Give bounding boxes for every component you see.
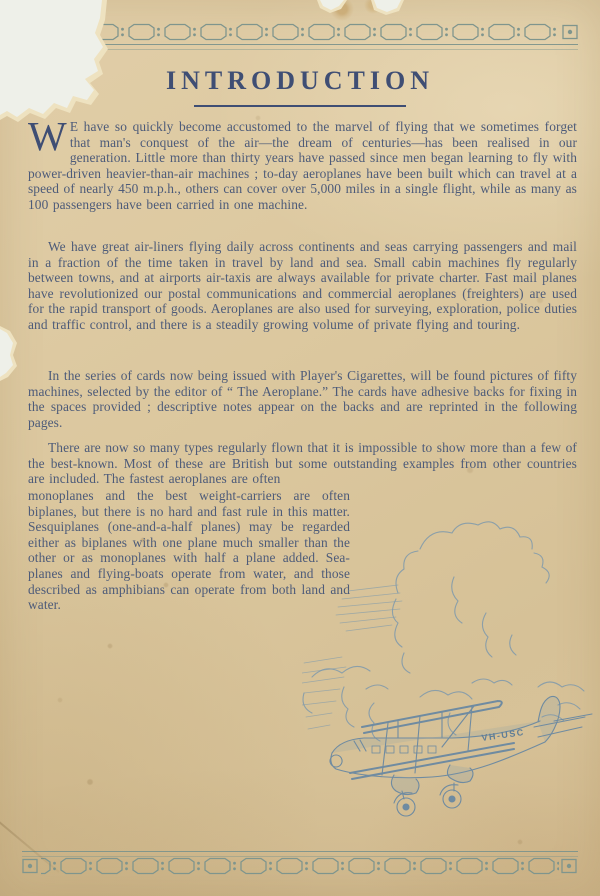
paragraph-1: WE have so quickly become accustomed to … (28, 119, 577, 213)
paragraph-1-text: E have so quickly become accustomed to t… (28, 119, 577, 212)
drop-cap: W (28, 119, 70, 151)
biplane-clouds-sketch: VH-USC (302, 515, 594, 837)
double-rule-top (96, 44, 578, 50)
paragraph-4-wide: There are now so many types regularly fl… (28, 440, 577, 487)
title-underline (194, 105, 406, 107)
cloud-hatching (302, 585, 402, 729)
page-title: INTRODUCTION (0, 66, 600, 96)
paragraph-3: In the series of cards now being issued … (28, 368, 577, 430)
chain-border-top (90, 23, 584, 41)
scanned-album-page: INTRODUCTION WE have so quickly become a… (0, 0, 600, 896)
chain-border-bottom (22, 857, 578, 875)
paragraph-2: We have great air-liners flying daily ac… (28, 239, 577, 333)
